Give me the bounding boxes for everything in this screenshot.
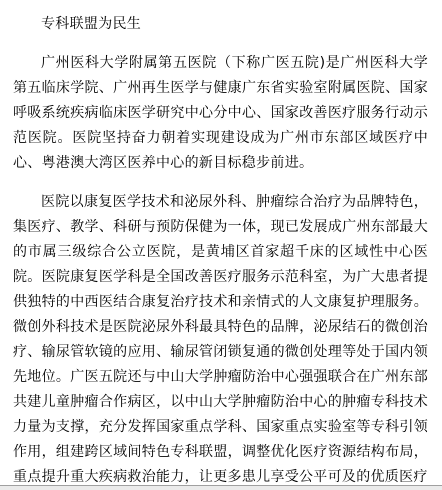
paragraph-hospital-intro: 广州医科大学附属第五医院（下称广医五院)是广州医科大学第五临床学院、广州再生医学… xyxy=(13,51,428,176)
horizontal-scrollbar[interactable] xyxy=(0,485,442,490)
document-page: 专科联盟为民生 广州医科大学附属第五医院（下称广医五院)是广州医科大学第五临床学… xyxy=(0,0,442,490)
paragraph-hospital-specialties: 医院以康复医学技术和泌尿外科、肿瘤综合治疗为品牌特色，集医疗、教学、科研与预防保… xyxy=(13,190,428,490)
document-title: 专科联盟为民生 xyxy=(13,12,428,37)
